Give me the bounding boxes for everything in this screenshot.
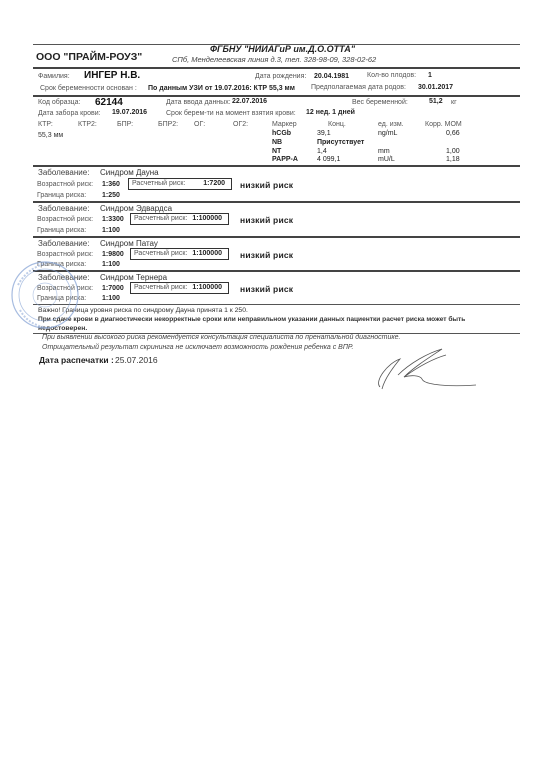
due-date-label: Предполагаемая дата родов: <box>311 84 406 91</box>
blood-date: 19.07.2016 <box>112 109 147 116</box>
threshold-value: 1:100 <box>102 261 120 268</box>
threshold-value: 1:250 <box>102 192 120 199</box>
bpr2-label: БПР2: <box>158 121 178 128</box>
blood-date-label: Дата забора крови: <box>38 110 101 117</box>
calc-risk-label: Расчетный риск: <box>134 283 187 293</box>
age-risk-label: Возрастной риск: <box>37 251 93 258</box>
threshold-value: 1:100 <box>102 295 120 302</box>
sample-bottom-rule <box>33 165 520 167</box>
calc-risk-value: 1:100000 <box>192 249 222 259</box>
ktr2-label: КТР2: <box>78 121 97 128</box>
weight-label: Вес беременной: <box>352 99 408 106</box>
marker-conc: 1,4 <box>317 148 327 155</box>
disease-name: Синдром Патау <box>100 239 158 248</box>
term-at-blood-label: Срок берем-ти на момент взятия крови: <box>166 110 296 117</box>
threshold-label: Граница риска: <box>37 261 86 268</box>
important-note: Важно! Граница уровня риска по синдрому … <box>38 307 248 314</box>
institution-name: ФГБНУ "НИИАГиР им.Д.О.ОТТА" <box>210 44 355 54</box>
print-date-label: Дата распечатки : <box>39 355 114 365</box>
entry-date: 22.07.2016 <box>232 98 267 105</box>
calc-risk-value: 1:7200 <box>203 179 225 189</box>
disease-label: Заболевание: <box>38 273 89 282</box>
recommendation-note: При выявлении высокого риска рекомендует… <box>42 334 401 341</box>
marker-conc: 39,1 <box>317 130 331 137</box>
disease-label: Заболевание: <box>38 204 89 213</box>
entry-date-label: Дата ввода данных: <box>166 99 231 106</box>
markers-header-unit: ед. изм. <box>378 121 404 128</box>
og-label: ОГ: <box>194 121 205 128</box>
marker-unit: ng/mL <box>378 130 397 137</box>
due-date: 30.01.2017 <box>418 84 453 91</box>
marker-mom: 1,18 <box>446 156 460 163</box>
disease-rule <box>33 201 520 203</box>
threshold-label: Граница риска: <box>37 227 86 234</box>
term-basis: По данным УЗИ от 19.07.2016: КТР 55,3 мм <box>148 85 295 92</box>
birth-date-label: Дата рождения: <box>255 73 306 80</box>
marker-conc: 4 099,1 <box>317 156 340 163</box>
disease-label: Заболевание: <box>38 239 89 248</box>
marker-name: NB <box>272 139 282 146</box>
fetus-count: 1 <box>428 72 432 79</box>
threshold-label: Граница риска: <box>37 192 86 199</box>
company-name: ООО "ПРАЙМ-РОУЗ" <box>36 51 142 63</box>
disease-name: Синдром Тернера <box>100 273 167 282</box>
birth-date: 20.04.1981 <box>314 73 349 80</box>
disease-rule <box>33 236 520 238</box>
threshold-label: Граница риска: <box>37 295 86 302</box>
calc-risk-box: Расчетный риск: 1:100000 <box>130 282 229 294</box>
risk-verdict: низкий риск <box>240 250 293 260</box>
disease-name: Синдром Дауна <box>100 168 159 177</box>
calc-risk-box: Расчетный риск: 1:100000 <box>130 248 229 260</box>
marker-name: NT <box>272 148 281 155</box>
fetus-count-label: Кол-во плодов: <box>367 72 416 79</box>
risk-verdict: низкий риск <box>240 284 293 294</box>
institution-address: СПб, Менделеевская линия д.3, тел. 328-9… <box>172 55 376 64</box>
marker-unit: mm <box>378 148 390 155</box>
age-risk-label: Возрастной риск: <box>37 216 93 223</box>
marker-mom: 1,00 <box>446 148 460 155</box>
risk-verdict: низкий риск <box>240 180 293 190</box>
marker-name: hCGb <box>272 130 291 137</box>
warning-line-2: недостоверен. <box>38 325 87 332</box>
age-risk-label: Возрастной риск: <box>37 181 93 188</box>
marker-mom: 0,66 <box>446 130 460 137</box>
negative-result-note: Отрицательный результат скрининга не иск… <box>42 344 353 351</box>
age-risk-value: 1:3300 <box>102 216 124 223</box>
calc-risk-label: Расчетный риск: <box>134 249 187 259</box>
age-risk-value: 1:9800 <box>102 251 124 258</box>
signature-icon <box>370 345 480 395</box>
patient-surname: ИНГЕР Н.В. <box>84 70 140 81</box>
disease-name: Синдром Эдвардса <box>100 204 172 213</box>
markers-header-marker: Маркер <box>272 121 297 128</box>
calc-risk-box: Расчетный риск: 1:7200 <box>128 178 232 190</box>
marker-unit: mU/L <box>378 156 395 163</box>
markers-header-conc: Конц. <box>328 121 346 128</box>
term-at-blood: 12 нед. 1 дней <box>306 109 355 116</box>
weight-unit: кг <box>451 99 457 106</box>
header-bottom-rule <box>33 67 520 69</box>
sample-code-label: Код образца: <box>38 99 81 106</box>
ktr-label: КТР: <box>38 121 53 128</box>
age-risk-value: 1:360 <box>102 181 120 188</box>
weight-value: 51,2 <box>429 98 443 105</box>
risk-verdict: низкий риск <box>240 215 293 225</box>
calc-risk-value: 1:100000 <box>192 283 222 293</box>
disease-rule <box>33 304 520 305</box>
calc-risk-value: 1:100000 <box>192 214 222 224</box>
age-risk-value: 1:7000 <box>102 285 124 292</box>
marker-name: PAPP-A <box>272 156 298 163</box>
calc-risk-box: Расчетный риск: 1:100000 <box>130 213 229 225</box>
marker-conc: Присутствует <box>317 139 364 146</box>
calc-risk-label: Расчетный риск: <box>134 214 187 224</box>
surname-label: Фамилия: <box>38 73 70 80</box>
term-basis-label: Срок беременности основан : <box>40 85 137 92</box>
markers-header-mom: Корр. МОМ <box>425 121 462 128</box>
og2-label: ОГ2: <box>233 121 248 128</box>
sample-code: 62144 <box>95 97 123 108</box>
threshold-value: 1:100 <box>102 227 120 234</box>
print-date: 25.07.2016 <box>115 355 158 365</box>
ktr-value: 55,3 мм <box>38 132 63 139</box>
warning-line-1: При сдаче крови в диагностически некорре… <box>38 316 465 323</box>
age-risk-label: Возрастной риск: <box>37 285 93 292</box>
calc-risk-label: Расчетный риск: <box>132 179 185 189</box>
disease-label: Заболевание: <box>38 168 89 177</box>
bpr-label: БПР: <box>117 121 133 128</box>
disease-rule <box>33 270 520 272</box>
